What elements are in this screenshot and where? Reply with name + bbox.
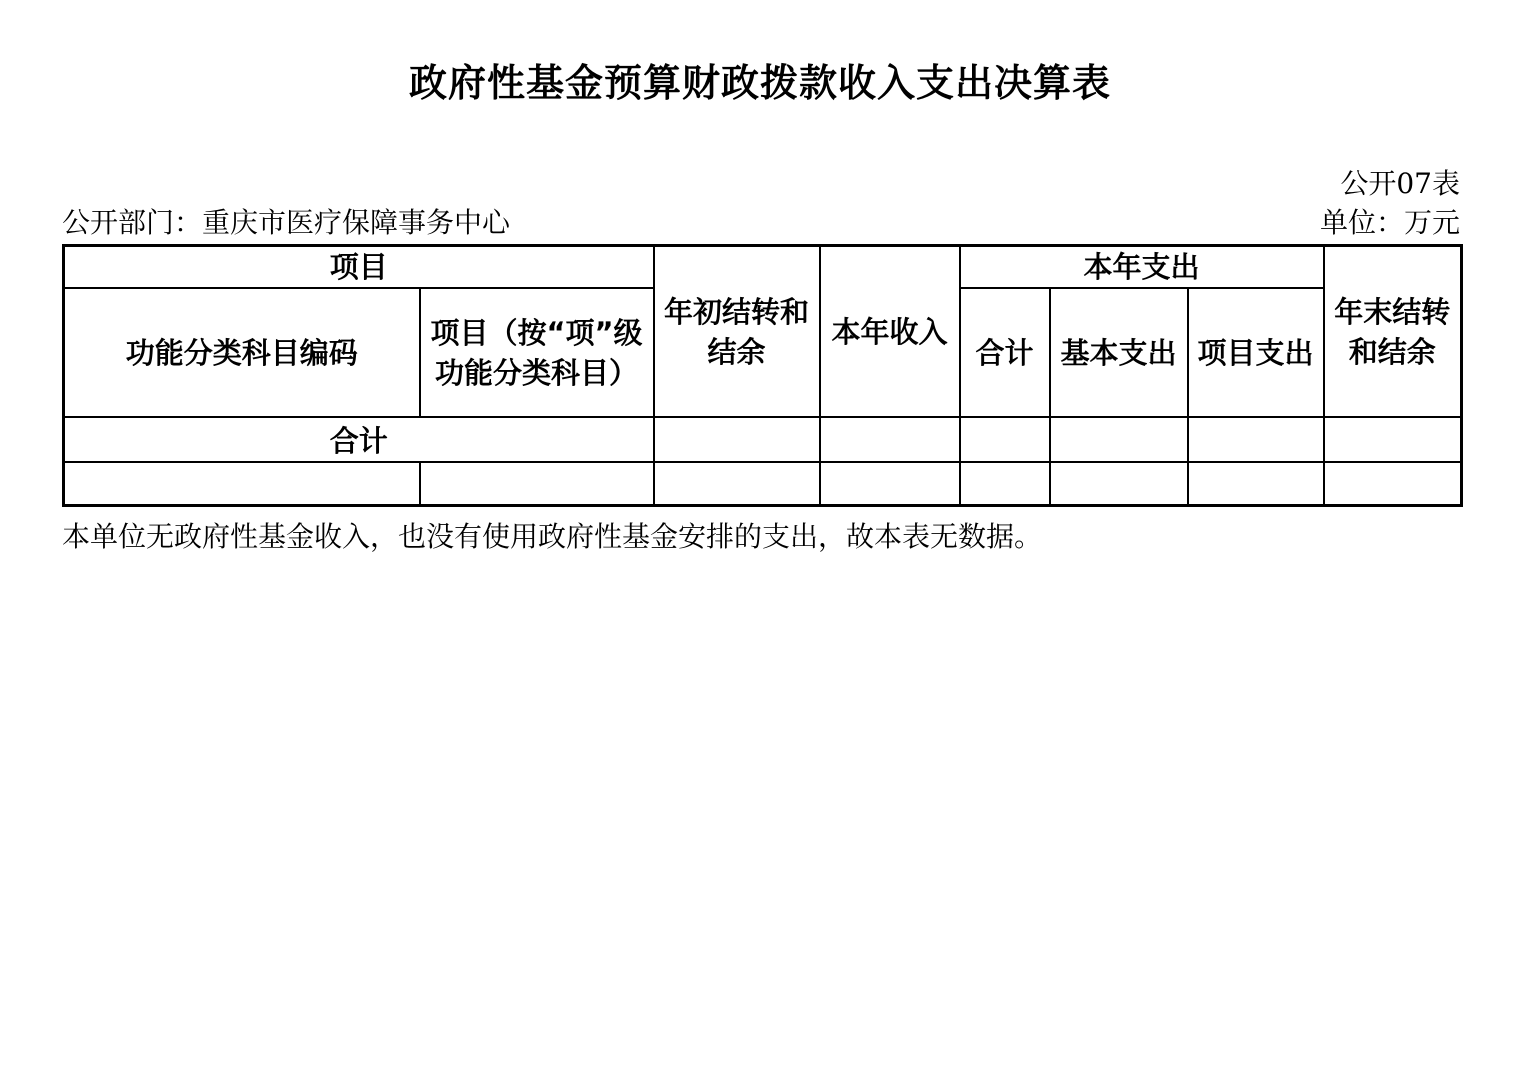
header-current-income: 本年收入 xyxy=(820,246,960,418)
data-cell xyxy=(654,417,820,462)
data-cell xyxy=(420,462,654,505)
header-begin-balance: 年初结转和 结余 xyxy=(654,246,820,418)
budget-table: 项目 年初结转和 结余 本年收入 本年支出 年末结转 和结余 功能分类科目编码 … xyxy=(62,244,1463,507)
data-cell xyxy=(1324,417,1462,462)
total-row-label: 合计 xyxy=(64,417,654,462)
data-cell xyxy=(1324,462,1462,505)
data-cell xyxy=(960,462,1050,505)
data-cell xyxy=(820,462,960,505)
unit-label: 单位：万元 xyxy=(1320,206,1460,240)
data-cell xyxy=(1188,417,1324,462)
data-cell xyxy=(1188,462,1324,505)
form-code-label: 公开07表 xyxy=(62,167,1460,201)
department-label: 公开部门：重庆市医疗保障事务中心 xyxy=(62,206,510,240)
header-functional-code: 功能分类科目编码 xyxy=(64,288,420,417)
document-page: 政府性基金预算财政拨款收入支出决算表 公开07表 公开部门：重庆市医疗保障事务中… xyxy=(0,0,1520,1074)
empty-row xyxy=(64,462,1462,505)
header-project-item: 项目（按“项”级 功能分类科目） xyxy=(420,288,654,417)
data-cell xyxy=(1050,417,1188,462)
data-cell xyxy=(960,417,1050,462)
header-exp-total: 合计 xyxy=(960,288,1050,417)
data-cell xyxy=(1050,462,1188,505)
data-cell xyxy=(654,462,820,505)
data-cell xyxy=(820,417,960,462)
meta-row: 公开部门：重庆市医疗保障事务中心 单位：万元 xyxy=(62,206,1460,240)
header-row-1: 项目 年初结转和 结余 本年收入 本年支出 年末结转 和结余 xyxy=(64,246,1462,289)
table-note: 本单位无政府性基金收入，也没有使用政府性基金安排的支出，故本表无数据。 xyxy=(62,519,1460,555)
header-expenditure-group: 本年支出 xyxy=(960,246,1324,289)
header-exp-project: 项目支出 xyxy=(1188,288,1324,417)
header-project-group: 项目 xyxy=(64,246,654,289)
total-row: 合计 xyxy=(64,417,1462,462)
header-end-balance: 年末结转 和结余 xyxy=(1324,246,1462,418)
data-cell xyxy=(64,462,420,505)
page-title: 政府性基金预算财政拨款收入支出决算表 xyxy=(0,0,1520,107)
header-exp-basic: 基本支出 xyxy=(1050,288,1188,417)
